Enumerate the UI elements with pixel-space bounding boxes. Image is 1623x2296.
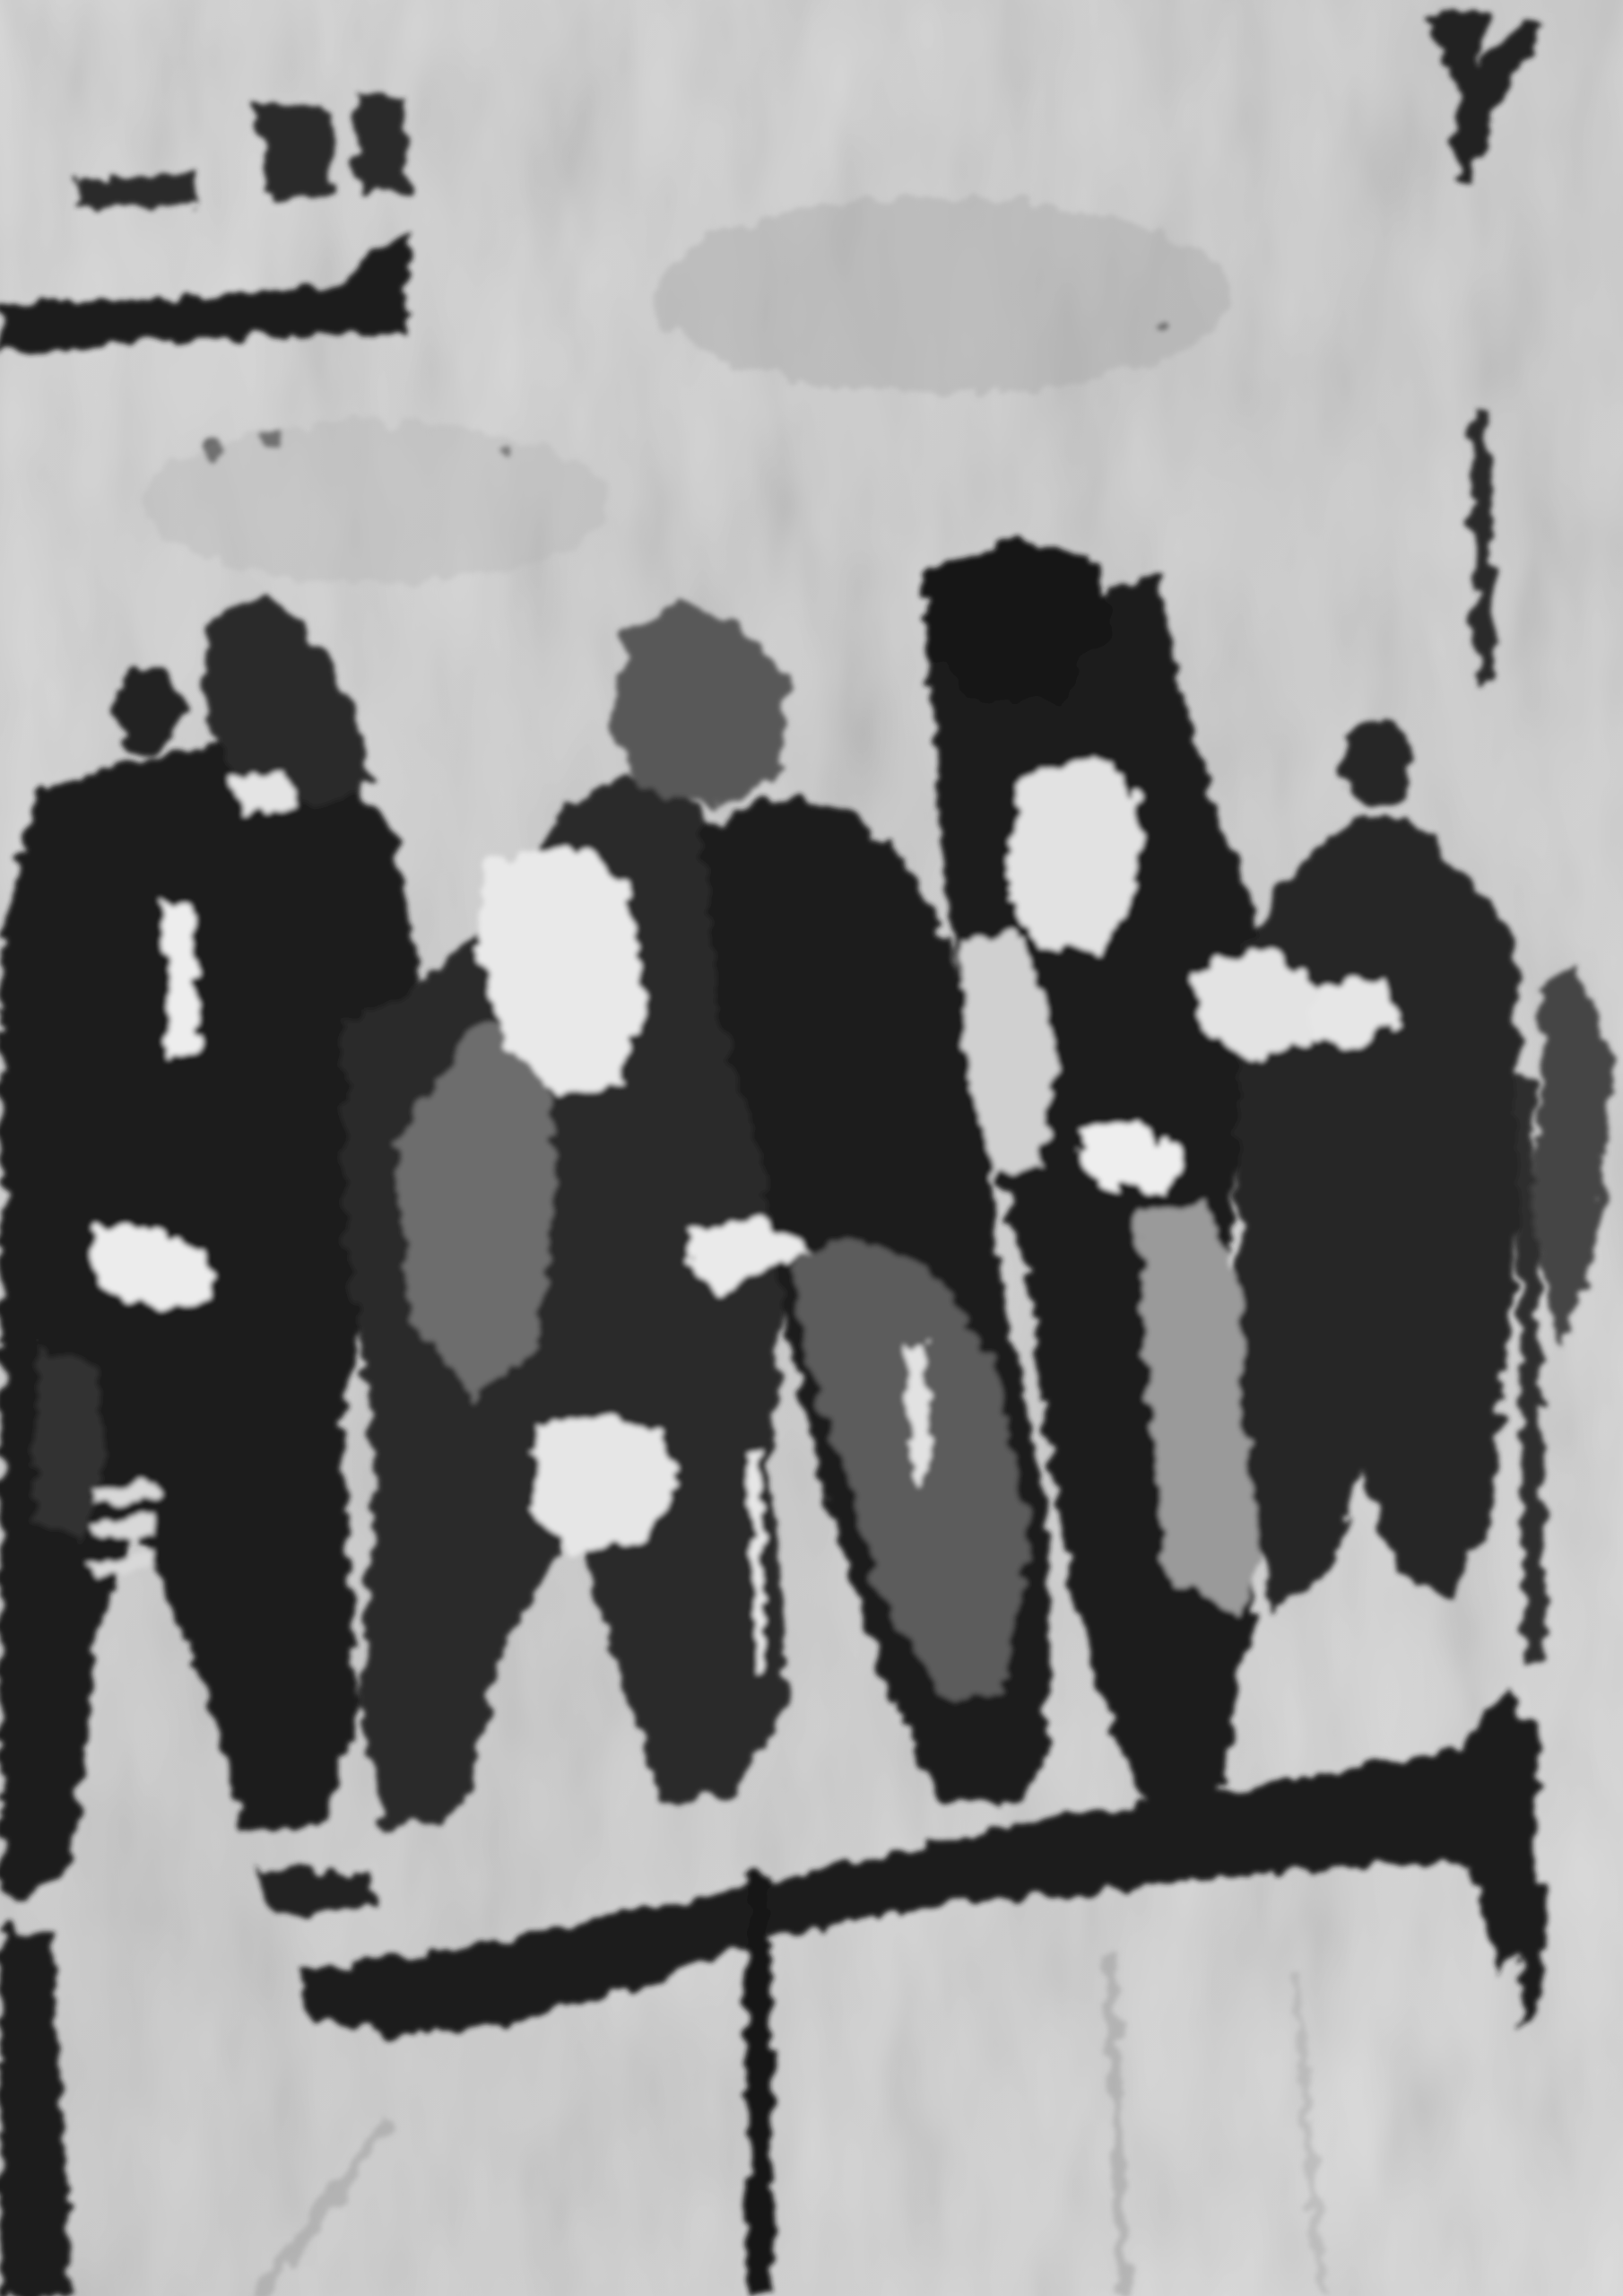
halftone-photograph	[0, 0, 1623, 2296]
